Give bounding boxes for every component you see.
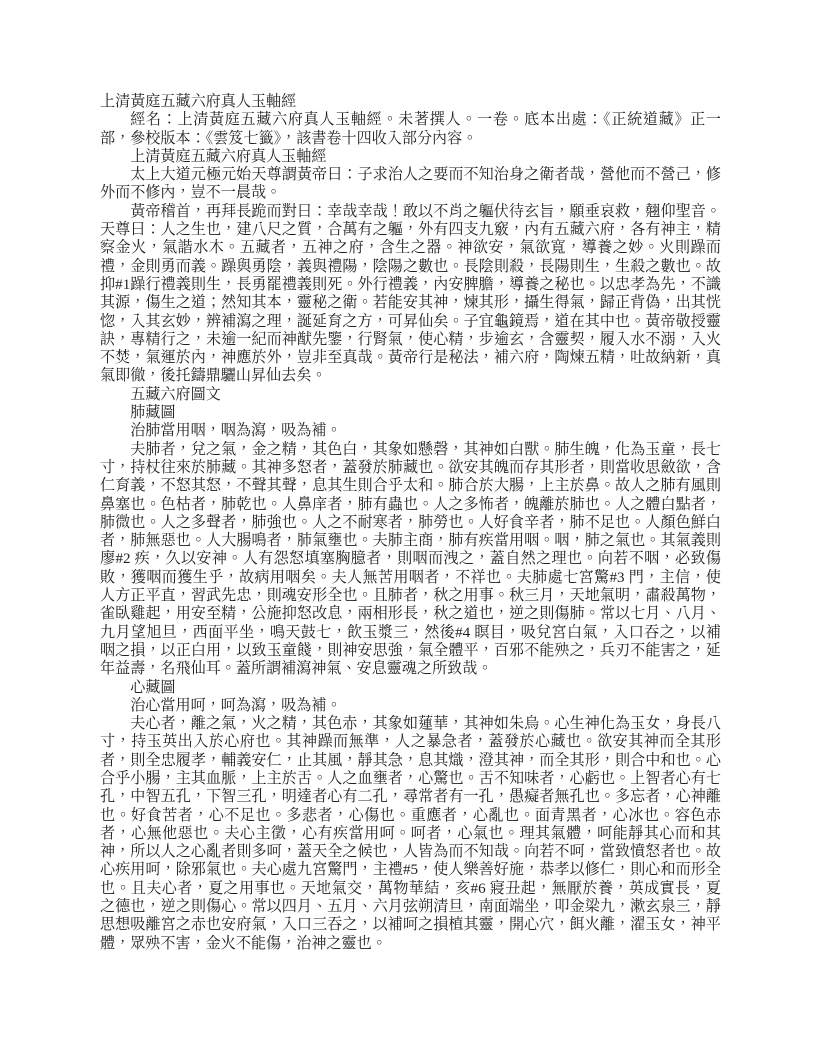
paragraph: 經名：上清黃庭五藏六府真人玉軸經。未著撰人。一卷。底本出處：《正統道藏》正一部，… (100, 111, 721, 148)
paragraph: 夫肺者，兌之氣，金之精，其色白，其象如懸磬，其神如白獸。肺生魄，化為玉童，長七寸… (100, 441, 721, 679)
paragraph: 上清黃庭五藏六府真人玉軸經 (100, 148, 721, 166)
paragraph: 肺藏圖 (100, 404, 721, 422)
paragraph: 治心當用呵，呵為瀉，吸為補。 (100, 697, 721, 715)
paragraph: 五藏六府圖文 (100, 386, 721, 404)
paragraph: 太上大道元極元始天尊謂黃帝曰：子求治人之要而不知治身之衛者哉，營他而不營己，修外… (100, 166, 721, 203)
paragraph: 心藏圖 (100, 679, 721, 697)
document-page: 上清黃庭五藏六府真人玉軸經經名：上清黃庭五藏六府真人玉軸經。未著撰人。一卷。底本… (0, 0, 816, 1056)
paragraph: 夫心者，離之氣，火之精，其色赤，其象如蓮華，其神如朱烏。心生神化為玉女，身長八寸… (100, 715, 721, 953)
document-text-block: 上清黃庭五藏六府真人玉軸經經名：上清黃庭五藏六府真人玉軸經。未著撰人。一卷。底本… (100, 93, 721, 953)
paragraph: 治肺當用咽，咽為瀉，吸為補。 (100, 422, 721, 440)
document-title: 上清黃庭五藏六府真人玉軸經 (100, 93, 721, 111)
paragraph: 黃帝稽首，再拜長跪而對曰：幸哉幸哉！敢以不肖之軀伏待玄旨，願垂哀救，翹仰聖音。天… (100, 203, 721, 386)
